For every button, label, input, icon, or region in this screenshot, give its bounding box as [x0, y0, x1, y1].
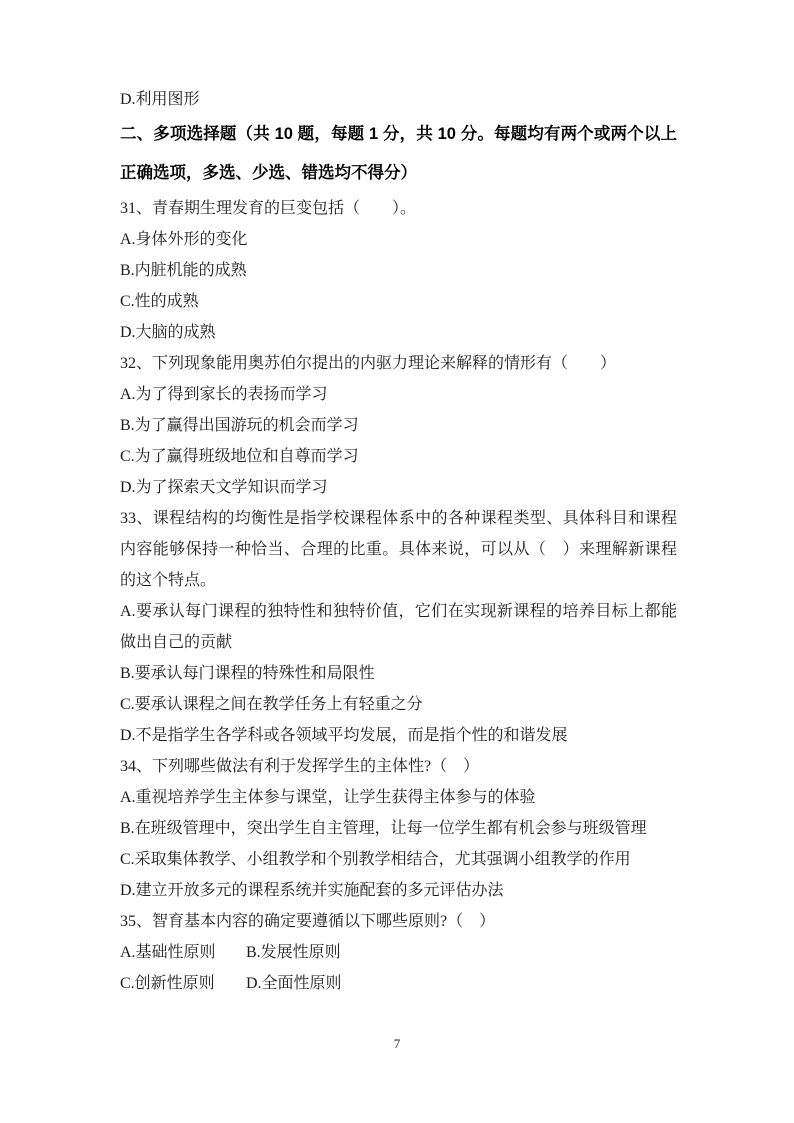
- page-content: D.利用图形 二、多项选择题（共 10 题，每题 1 分，共 10 分。每题均有…: [120, 84, 677, 999]
- question-34-option-a: A.重视培养学生主体参与课堂，让学生获得主体参与的体验: [120, 782, 677, 813]
- page-number: 7: [394, 1036, 401, 1051]
- question-34: 34、下列哪些做法有利于发挥学生的主体性?（ ） A.重视培养学生主体参与课堂，…: [120, 751, 677, 906]
- section-header-multiple-choice: 二、多项选择题（共 10 题，每题 1 分，共 10 分。每题均有两个或两个以上…: [120, 115, 677, 193]
- question-34-option-b: B.在班级管理中，突出学生自主管理，让每一位学生都有机会参与班级管理: [120, 813, 677, 844]
- question-35-option-c: C.创新性原则: [120, 968, 242, 999]
- question-35-option-row-1: A.基础性原则 B.发展性原则: [120, 937, 677, 968]
- question-31-option-c: C.性的成熟: [120, 286, 677, 317]
- question-34-option-c: C.采取集体教学、小组教学和个别教学相结合，尤其强调小组教学的作用: [120, 844, 677, 875]
- question-35-option-a: A.基础性原则: [120, 937, 242, 968]
- question-33-option-c: C.要承认课程之间在教学任务上有轻重之分: [120, 689, 677, 720]
- question-31-option-d: D.大脑的成熟: [120, 317, 677, 348]
- carryover-option-d: D.利用图形: [120, 84, 677, 115]
- question-34-option-d: D.建立开放多元的课程系统并实施配套的多元评估办法: [120, 875, 677, 906]
- question-32: 32、下列现象能用奥苏伯尔提出的内驱力理论来解释的情形有（ ） A.为了得到家长…: [120, 348, 677, 503]
- question-32-option-d: D.为了探索天文学知识而学习: [120, 472, 677, 503]
- question-33-option-d: D.不是指学生各学科或各领域平均发展，而是指个性的和谐发展: [120, 720, 677, 751]
- question-35-option-b: B.发展性原则: [246, 944, 341, 961]
- question-31-option-b: B.内脏机能的成熟: [120, 255, 677, 286]
- question-33: 33、课程结构的均衡性是指学校课程体系中的各种课程类型、具体科目和课程内容能够保…: [120, 503, 677, 751]
- question-33-option-a: A.要承认每门课程的独特性和独特价值，它们在实现新课程的培养目标上都能做出自己的…: [120, 596, 677, 658]
- question-31: 31、青春期生理发育的巨变包括（ ）。 A.身体外形的变化 B.内脏机能的成熟 …: [120, 193, 677, 348]
- question-35: 35、智育基本内容的确定要遵循以下哪些原则?（ ） A.基础性原则 B.发展性原…: [120, 906, 677, 999]
- question-33-option-b: B.要承认每门课程的特殊性和局限性: [120, 658, 677, 689]
- page-footer: 7: [0, 1036, 794, 1052]
- question-35-option-d: D.全面性原则: [246, 975, 342, 992]
- question-33-stem: 33、课程结构的均衡性是指学校课程体系中的各种课程类型、具体科目和课程内容能够保…: [120, 503, 677, 596]
- question-32-option-a: A.为了得到家长的表扬而学习: [120, 379, 677, 410]
- question-32-option-c: C.为了赢得班级地位和自尊而学习: [120, 441, 677, 472]
- question-32-stem: 32、下列现象能用奥苏伯尔提出的内驱力理论来解释的情形有（ ）: [120, 348, 677, 379]
- question-31-option-a: A.身体外形的变化: [120, 224, 677, 255]
- question-35-option-row-2: C.创新性原则 D.全面性原则: [120, 968, 677, 999]
- question-35-stem: 35、智育基本内容的确定要遵循以下哪些原则?（ ）: [120, 906, 677, 937]
- document-page: D.利用图形 二、多项选择题（共 10 题，每题 1 分，共 10 分。每题均有…: [0, 0, 794, 1123]
- question-34-stem: 34、下列哪些做法有利于发挥学生的主体性?（ ）: [120, 751, 677, 782]
- question-32-option-b: B.为了赢得出国游玩的机会而学习: [120, 410, 677, 441]
- question-31-stem: 31、青春期生理发育的巨变包括（ ）。: [120, 193, 677, 224]
